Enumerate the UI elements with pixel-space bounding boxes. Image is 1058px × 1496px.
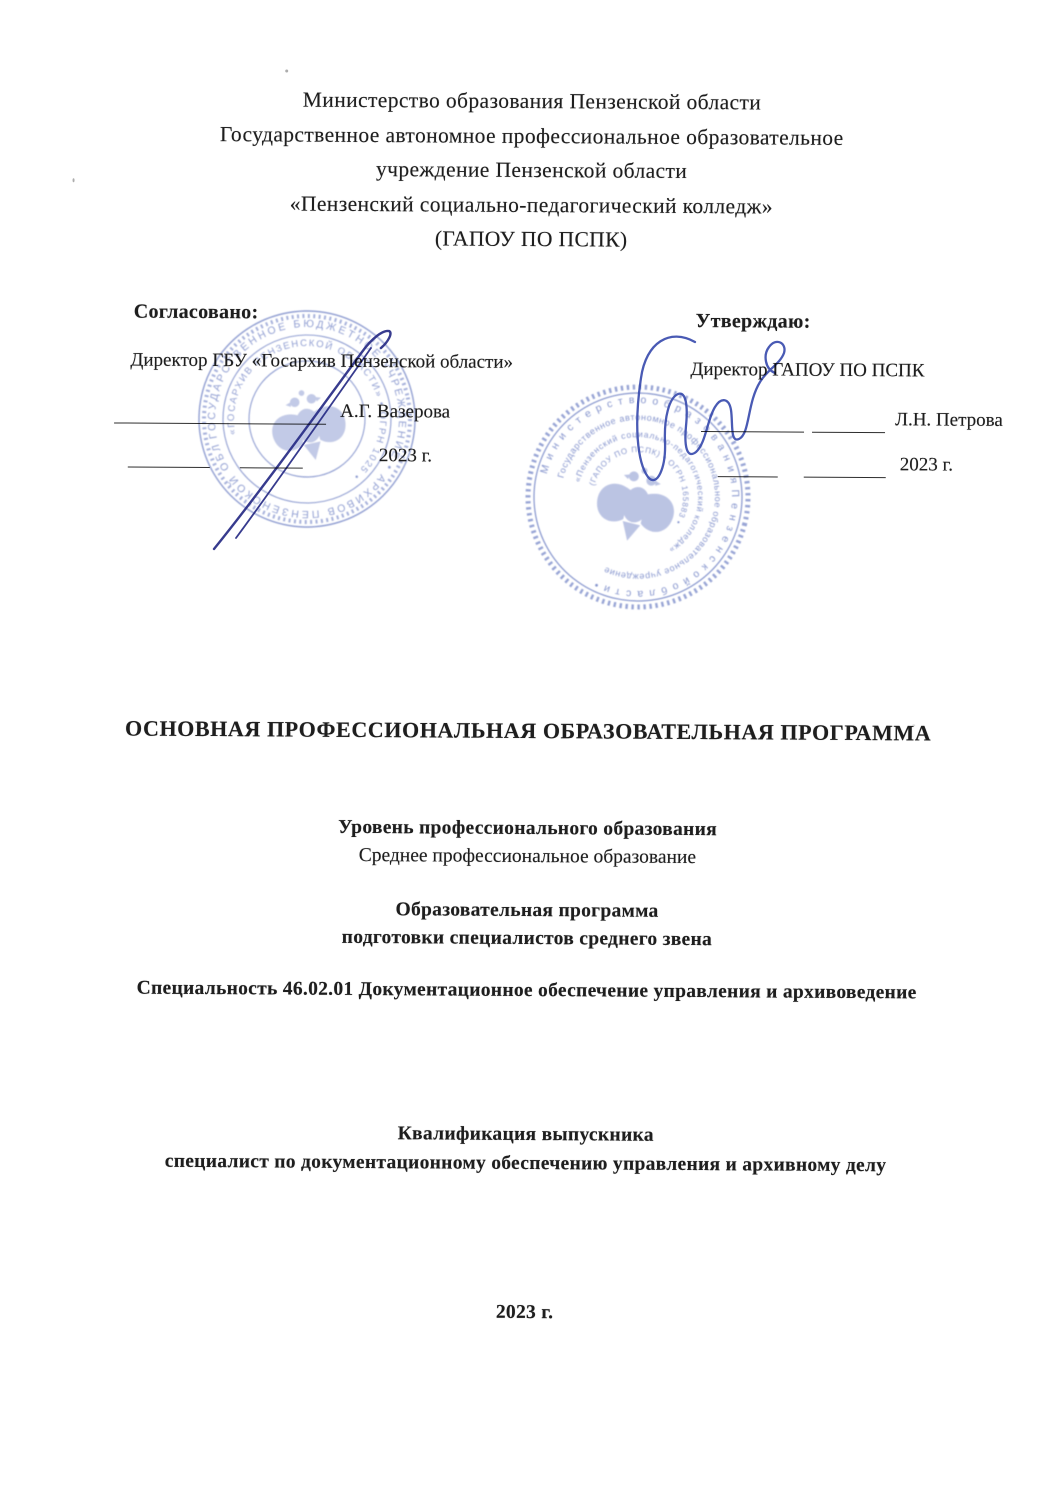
signature-line: [701, 407, 804, 433]
signature-line: [812, 408, 885, 433]
approval-left-label: Согласовано:: [134, 301, 259, 325]
qualification-value: специалист по документационному обеспече…: [0, 1150, 1055, 1178]
education-level-value: Среднее профессиональное образование: [0, 843, 1056, 871]
header-line-abbrev: (ГАПОУ ПО ПСПК): [2, 219, 1058, 260]
specialty-line: Специальность 46.02.01 Документационное …: [0, 977, 1056, 1005]
approval-left-signatory: А.Г. Вазерова: [340, 401, 450, 424]
approval-left-role: Директор ГБУ «Госархив Пензенской област…: [130, 350, 513, 374]
approval-right-date-row: 2023 г.: [718, 451, 953, 478]
date-line: [240, 443, 303, 468]
document-year: 2023 г.: [0, 1299, 1054, 1327]
approval-right-signatory: Л.Н. Петрова: [895, 409, 1003, 432]
page-title: ОСНОВНАЯ ПРОФЕССИОНАЛЬНАЯ ОБРАЗОВАТЕЛЬНА…: [0, 715, 1057, 747]
approval-right-date: 2023 г.: [900, 454, 953, 476]
approval-left-date-row: 2023 г.: [128, 442, 432, 470]
education-level-heading: Уровень профессионального образования: [0, 815, 1057, 843]
approval-left-date: 2023 г.: [379, 445, 432, 467]
approval-right-role: Директор ГАПОУ ПО ПСПК: [690, 359, 924, 382]
program-value: подготовки специалистов среднего звена: [0, 925, 1056, 953]
signature-line: [114, 398, 326, 424]
scan-speck: [912, 724, 915, 726]
date-line: [718, 452, 778, 477]
document-page: Министерство образования Пензенской обла…: [0, 0, 1058, 1496]
scan-speck: [285, 70, 288, 73]
qualification-heading: Квалификация выпускника: [0, 1121, 1055, 1149]
approval-right-label: Утверждаю:: [696, 310, 811, 334]
program-heading: Образовательная программа: [0, 897, 1056, 925]
date-line: [128, 443, 210, 469]
document-header: Министерство образования Пензенской обла…: [2, 81, 1058, 260]
approval-left-signature-row: А.Г. Вазерова: [114, 397, 450, 425]
date-line: [804, 453, 886, 479]
approval-right-signature-row: Л.Н. Петрова: [701, 406, 1003, 434]
scan-speck: [73, 178, 75, 182]
